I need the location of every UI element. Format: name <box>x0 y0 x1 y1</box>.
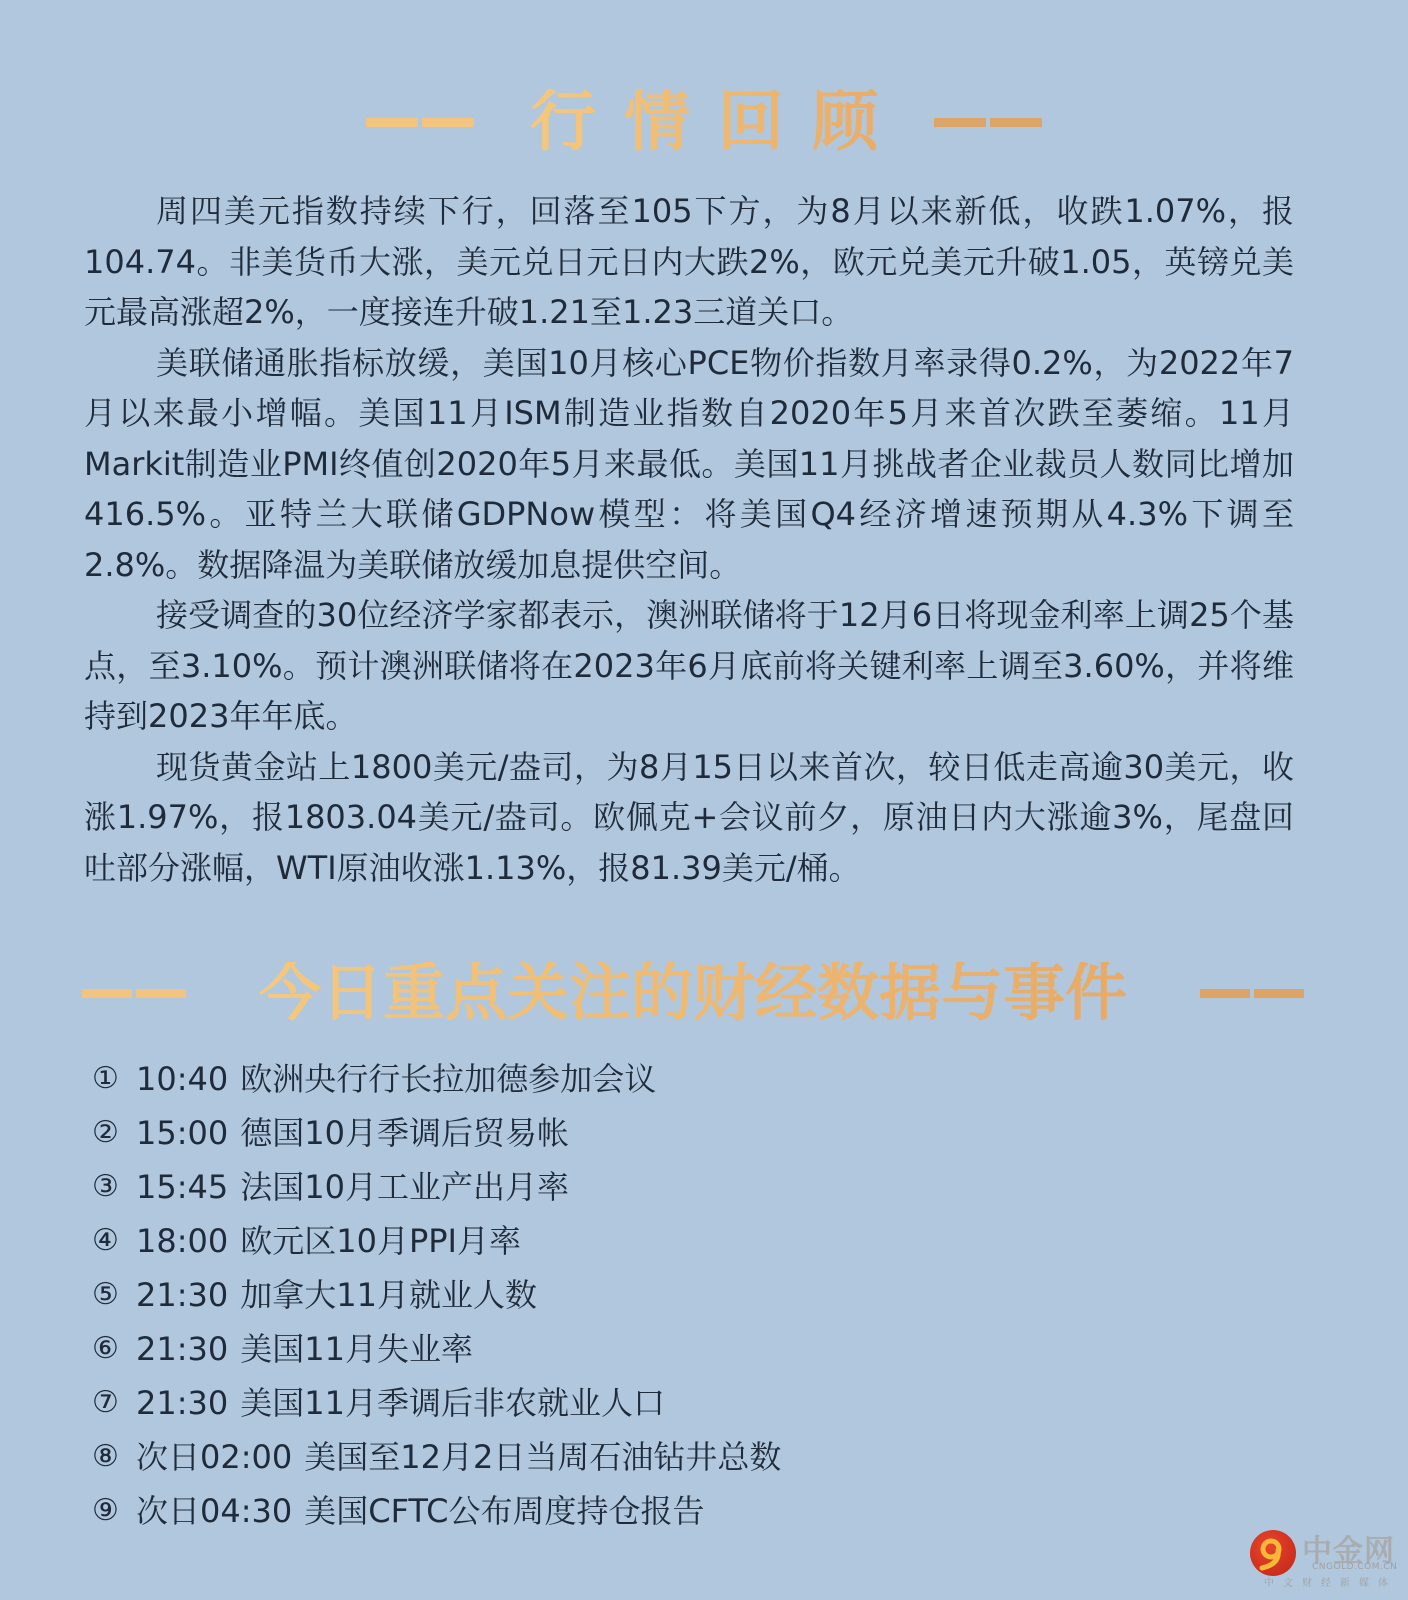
section-title-row-market-review: 行情回顾 <box>0 82 1408 162</box>
event-text: 欧洲央行行长拉加德参加会议 <box>240 1052 656 1106</box>
event-time: 21:30 <box>136 1268 228 1322</box>
event-time: 15:00 <box>136 1106 228 1160</box>
event-item: ⑥21:30美国11月失业率 <box>92 1322 781 1376</box>
section-title-market-review: 行情回顾 <box>530 89 906 155</box>
event-time: 10:40 <box>136 1052 228 1106</box>
event-time: 18:00 <box>136 1214 228 1268</box>
section-title-today-events: 今日重点关注的财经数据与事件 <box>259 962 1127 1024</box>
review-paragraph-commodities: 现货黄金站上1800美元/盎司，为8月15日以来首次，较日低走高逾30美元，收涨… <box>84 742 1294 894</box>
event-time: 21:30 <box>136 1322 228 1376</box>
title-divider-right <box>1200 989 1304 998</box>
event-text: 美国至12月2日当周石油钻井总数 <box>304 1430 781 1484</box>
event-time: 次日04:30 <box>136 1484 292 1538</box>
watermark-domain: CNGOLD.COM.CN <box>1312 1562 1397 1572</box>
event-item: ③15:45法国10月工业产出月率 <box>92 1160 781 1214</box>
event-number: ⑤ <box>92 1268 136 1322</box>
review-paragraph-rba: 接受调查的30位经济学家都表示，澳洲联储将于12月6日将现金利率上调25个基点，… <box>84 590 1294 742</box>
event-item: ②15:00德国10月季调后贸易帐 <box>92 1106 781 1160</box>
review-paragraph-dollar: 周四美元指数持续下行，回落至105下方，为8月以来新低，收跌1.07%，报104… <box>84 186 1294 338</box>
event-number: ③ <box>92 1160 136 1214</box>
event-text: 欧元区10月PPI月率 <box>240 1214 521 1268</box>
event-item: ⑧次日02:00美国至12月2日当周石油钻井总数 <box>92 1430 781 1484</box>
event-time: 15:45 <box>136 1160 228 1214</box>
section-title-row-today-events: 今日重点关注的财经数据与事件 <box>82 958 1304 1028</box>
event-text: 美国CFTC公布周度持仓报告 <box>304 1484 704 1538</box>
event-number: ⑧ <box>92 1430 136 1484</box>
watermark-tagline: 中文财经新媒体 <box>1264 1574 1397 1589</box>
event-item: ④18:00欧元区10月PPI月率 <box>92 1214 781 1268</box>
event-number: ② <box>92 1106 136 1160</box>
watermark: 中金网 CNGOLD.COM.CN 中文财经新媒体 <box>1250 1524 1400 1594</box>
review-paragraph-fed: 美联储通胀指标放缓，美国10月核心PCE物价指数月率录得0.2%，为2022年7… <box>84 338 1294 591</box>
event-item: ⑦21:30美国11月季调后非农就业人口 <box>92 1376 781 1430</box>
event-text: 德国10月季调后贸易帐 <box>240 1106 569 1160</box>
cngold-logo-icon <box>1250 1530 1296 1576</box>
event-item: ⑨次日04:30美国CFTC公布周度持仓报告 <box>92 1484 781 1538</box>
events-list: ①10:40欧洲央行行长拉加德参加会议 ②15:00德国10月季调后贸易帐 ③1… <box>92 1052 781 1538</box>
event-number: ④ <box>92 1214 136 1268</box>
event-number: ① <box>92 1052 136 1106</box>
event-item: ⑤21:30加拿大11月就业人数 <box>92 1268 781 1322</box>
event-number: ⑥ <box>92 1322 136 1376</box>
event-text: 加拿大11月就业人数 <box>240 1268 537 1322</box>
event-text: 美国11月季调后非农就业人口 <box>240 1376 665 1430</box>
event-text: 法国10月工业产出月率 <box>240 1160 569 1214</box>
event-number: ⑨ <box>92 1484 136 1538</box>
title-divider-right <box>934 118 1042 127</box>
title-divider-left <box>366 118 474 127</box>
event-item: ①10:40欧洲央行行长拉加德参加会议 <box>92 1052 781 1106</box>
event-number: ⑦ <box>92 1376 136 1430</box>
market-review-body: 周四美元指数持续下行，回落至105下方，为8月以来新低，收跌1.07%，报104… <box>84 186 1294 893</box>
title-divider-left <box>82 989 186 998</box>
event-text: 美国11月失业率 <box>240 1322 473 1376</box>
event-time: 21:30 <box>136 1376 228 1430</box>
event-time: 次日02:00 <box>136 1430 292 1484</box>
